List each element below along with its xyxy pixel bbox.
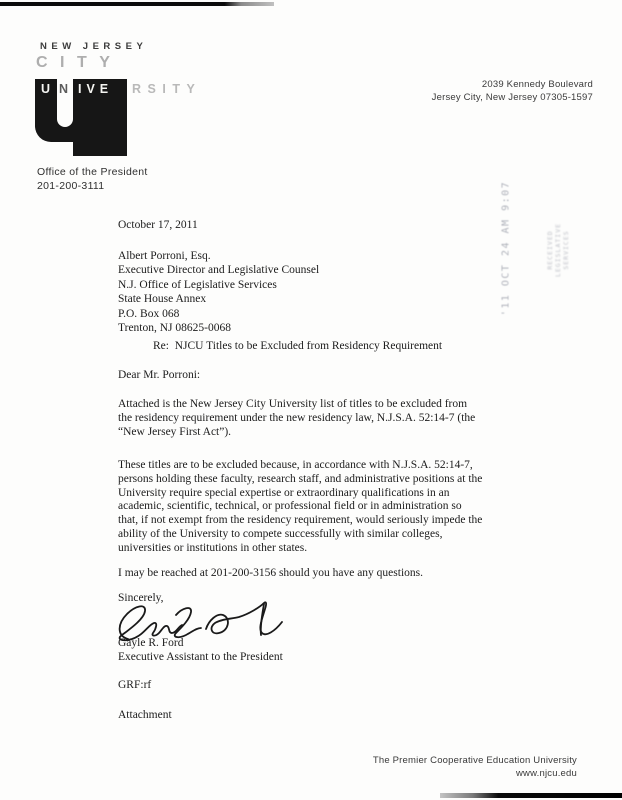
office-phone: 201-200-3111 — [37, 180, 104, 192]
received-datetime-stamp: '11 OCT 24 AM 9:07 — [501, 179, 512, 319]
logo-text-city: CITY — [36, 54, 122, 72]
university-address: 2039 Kennedy Boulevard Jersey City, New … — [432, 78, 593, 104]
address-line-1: 2039 Kennedy Boulevard — [432, 78, 593, 91]
logo-text-university-u: U — [41, 82, 50, 96]
salutation: Dear Mr. Porroni: — [118, 369, 200, 381]
recipient-address-block: Albert Porroni, Esq. Executive Director … — [118, 249, 319, 335]
address-line-2: Jersey City, New Jersey 07305-1597 — [432, 91, 593, 104]
logo-text-university-n: N — [59, 82, 68, 96]
attachment-notation: Attachment — [118, 709, 172, 721]
scanned-letter-page: NEW JERSEY CITY U N IVE RSITY Office of … — [0, 0, 622, 800]
paragraph-1: Attached is the New Jersey City Universi… — [118, 398, 563, 439]
logo-text-university-rsity: RSITY — [132, 82, 201, 96]
typist-reference: GRF:rf — [118, 679, 151, 691]
footer: The Premier Cooperative Education Univer… — [373, 754, 577, 780]
scan-artifact-top-bar — [0, 2, 274, 6]
footer-tagline: The Premier Cooperative Education Univer… — [373, 754, 577, 767]
subject-re-line: Re: NJCU Titles to be Excluded from Resi… — [153, 340, 442, 352]
signer-name: Gayle R. Ford — [118, 637, 183, 649]
logo-text-new-jersey: NEW JERSEY — [40, 41, 147, 52]
scan-artifact-bottom-bar — [440, 793, 622, 798]
footer-website: www.njcu.edu — [373, 767, 577, 780]
received-office-stamp: RECEIVED LEGISLATIVE SERVICES — [546, 202, 570, 298]
paragraph-2: These titles are to be excluded because,… — [118, 459, 563, 556]
paragraph-3: I may be reached at 201-200-3156 should … — [118, 567, 563, 581]
logo-text-university-ive: IVE — [78, 82, 113, 96]
office-of-president-label: Office of the President — [37, 166, 148, 178]
letter-date: October 17, 2011 — [118, 219, 198, 231]
signer-title: Executive Assistant to the President — [118, 651, 283, 663]
